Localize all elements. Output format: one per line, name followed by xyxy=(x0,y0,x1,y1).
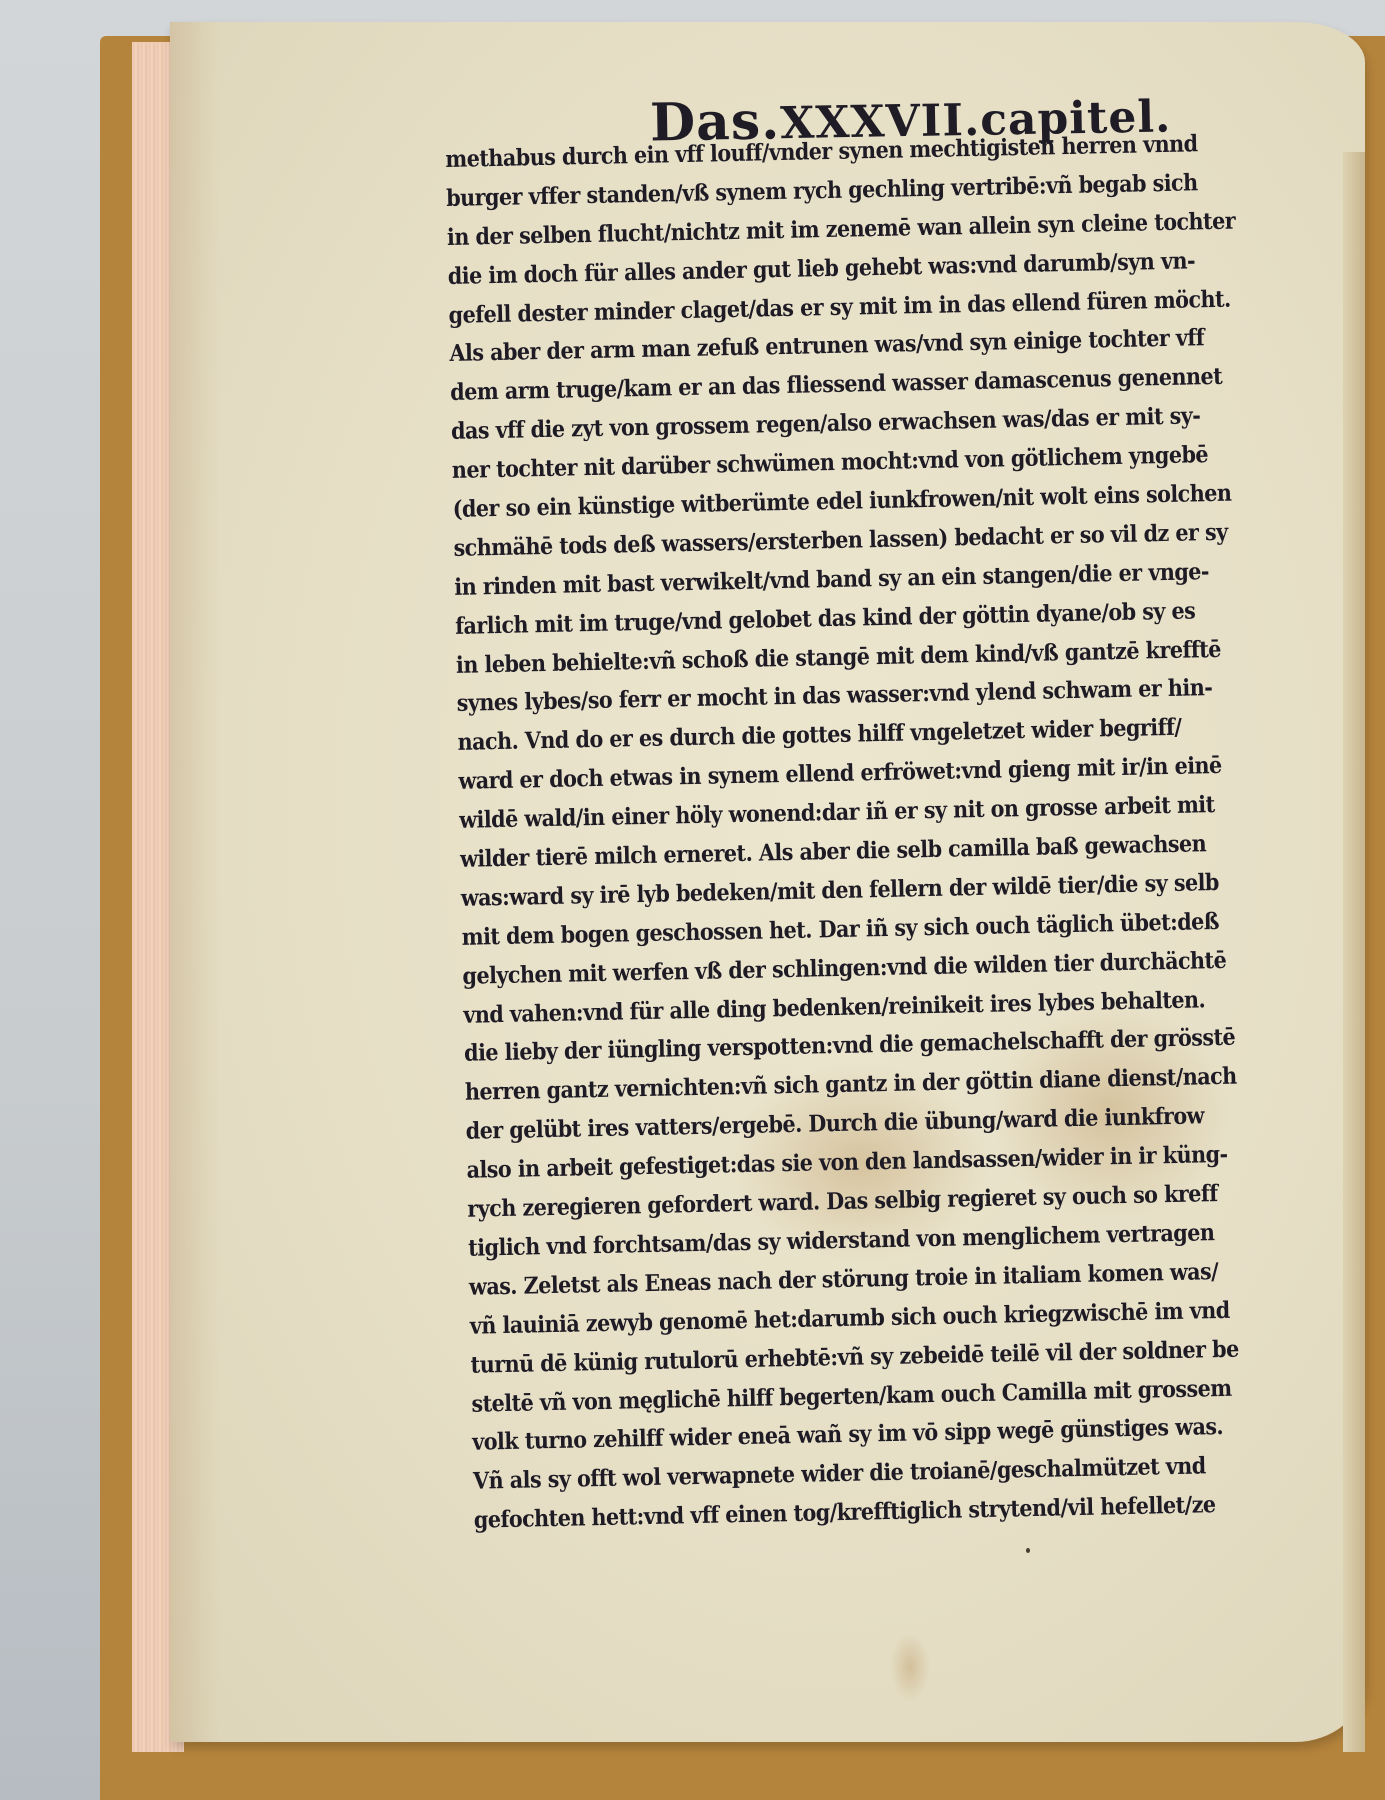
ink-speck xyxy=(1026,1548,1030,1553)
water-stain xyxy=(890,1632,930,1702)
page-right-edge xyxy=(1343,152,1365,1752)
page-gutter-shadow xyxy=(170,22,220,1742)
body-text: methabus durch ein vff louff/vnder synen… xyxy=(445,123,1314,1540)
